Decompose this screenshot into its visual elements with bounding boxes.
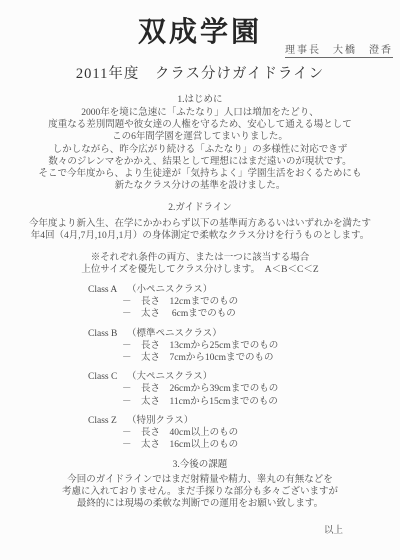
signer-line: 理事長 大橋 澄香 (285, 41, 393, 58)
class-specs: － 長さ 26cmから39cmまでのもの － 太さ 11cmから15cmまでのも… (88, 383, 400, 407)
class-entry-b: Class B（標準ペニスクラス） － 長さ 13cmから25cmまでのもの －… (88, 328, 400, 365)
guideline-paragraph: 今年度より新入生、在学にかかわらず以下の基準両方あるいはいずれかを満たす 年4回… (0, 218, 400, 242)
class-label: （小ペニスクラス） (127, 285, 212, 295)
class-spec-length: － 長さ 40cm以上のもの (122, 427, 400, 439)
paragraph-line: しかしながら、昨今広がり続ける「ふたなり」の多様性に対応できず (0, 144, 400, 156)
document-title: 2011年度 クラス分けガイドライン (0, 62, 400, 83)
class-name: Class B (88, 328, 127, 340)
class-spec-length: － 長さ 13cmから25cmまでのもの (122, 340, 400, 352)
class-name: Class C (88, 371, 127, 383)
class-name: Class A (88, 284, 127, 296)
class-spec-girth: － 太さ 6cmまでのもの (122, 308, 400, 320)
paragraph-line: 考慮に入れておりません。まだ手探りな部分も多々ございますが (0, 486, 400, 498)
guideline-note: ※それぞれ条件の両方、または一つに該当する場合 上位サイズを優先してクラス分けし… (0, 252, 400, 276)
class-label: （標準ペニスクラス） (127, 329, 222, 339)
document-page: 双成学園 理事長 大橋 澄香 2011年度 クラス分けガイドライン 1.はじめに… (0, 0, 400, 560)
paragraph-line: 2000年を境に急速に「ふたなり」人口は増加をたどり、 (0, 107, 400, 119)
paragraph-line: 最終的には現場の柔軟な判断での運用をお願い致します。 (0, 498, 400, 510)
class-entry-a: Class A（小ペニスクラス） － 長さ 12cmまでのもの － 太さ 6cm… (88, 284, 400, 321)
class-heading: Class A（小ペニスクラス） (88, 284, 400, 296)
paragraph-line: 度重なる差別問題や彼女達の人権を守るため、安心して通える場として (0, 119, 400, 131)
paragraph-line: そこで今年度から、より生徒達が「気持ちよく」学園生活をおくるためにも (0, 168, 400, 180)
class-specs: － 長さ 13cmから25cmまでのもの － 太さ 7cmから10cmまでのもの (88, 340, 400, 364)
paragraph-line: 上位サイズを優先してクラス分けします。 A＜B＜C＜Z (0, 264, 400, 276)
class-spec-girth: － 太さ 7cmから10cmまでのもの (122, 352, 400, 364)
future-paragraph: 今回のガイドラインではまだ射精量や精力、睾丸の有無などを 考慮に入れておりません… (0, 474, 400, 511)
class-entry-z: Class Z（特別クラス） － 長さ 40cm以上のもの － 太さ 16cm以… (88, 415, 400, 452)
closing-mark: 以上 (324, 522, 343, 536)
class-specs: － 長さ 40cm以上のもの － 太さ 16cm以上のもの (88, 427, 400, 451)
class-entry-c: Class C（大ペニスクラス） － 長さ 26cmから39cmまでのもの － … (88, 371, 400, 408)
paragraph-line: ※それぞれ条件の両方、または一つに該当する場合 (0, 252, 400, 264)
class-list: Class A（小ペニスクラス） － 長さ 12cmまでのもの － 太さ 6cm… (88, 284, 400, 458)
section-heading-intro: 1.はじめに (0, 91, 400, 105)
class-specs: － 長さ 12cmまでのもの － 太さ 6cmまでのもの (88, 296, 400, 320)
section-heading-future: 3.今後の課題 (0, 456, 400, 470)
paragraph-line: 新たなクラス分けの基準を設けました。 (0, 180, 400, 192)
paragraph-line: 年4回（4月,7月,10月,1月）の身体測定で柔軟なクラス分けを行うものとします… (0, 230, 400, 242)
intro-paragraph: 2000年を境に急速に「ふたなり」人口は増加をたどり、 度重なる差別問題や彼女達… (0, 107, 400, 192)
class-spec-length: － 長さ 12cmまでのもの (122, 296, 400, 308)
class-spec-length: － 長さ 26cmから39cmまでのもの (122, 383, 400, 395)
class-name: Class Z (88, 415, 127, 427)
paragraph-line: 今回のガイドラインではまだ射精量や精力、睾丸の有無などを (0, 474, 400, 486)
section-heading-guideline: 2.ガイドライン (0, 199, 400, 213)
paragraph-line: この6年間学園を運営してまいりました。 (0, 131, 400, 143)
class-label: （大ペニスクラス） (127, 372, 212, 382)
class-label: （特別クラス） (127, 416, 193, 426)
class-spec-girth: － 太さ 11cmから15cmまでのもの (122, 396, 400, 408)
paragraph-line: 今年度より新入生、在学にかかわらず以下の基準両方あるいはいずれかを満たす (0, 218, 400, 230)
paragraph-line: 数々のジレンマをかかえ、結果として理想にはまだ遠いのが現状です。 (0, 156, 400, 168)
class-spec-girth: － 太さ 16cm以上のもの (122, 439, 400, 451)
class-heading: Class C（大ペニスクラス） (88, 371, 400, 383)
class-heading: Class Z（特別クラス） (88, 415, 400, 427)
class-heading: Class B（標準ペニスクラス） (88, 328, 400, 340)
